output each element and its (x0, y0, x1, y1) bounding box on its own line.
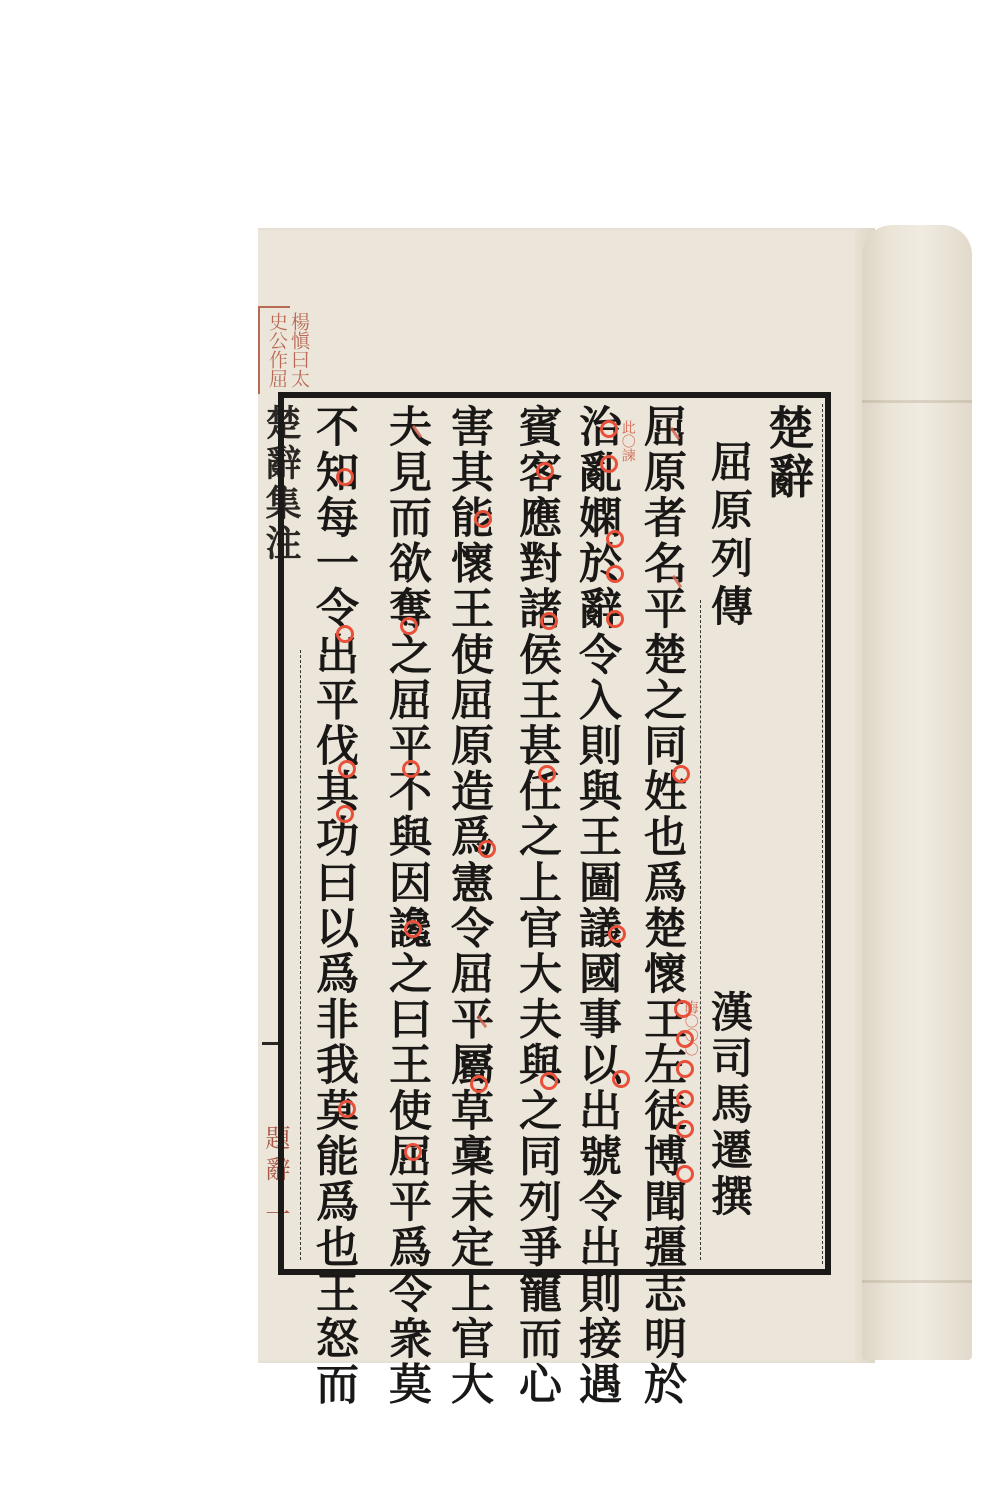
text-column-1: 屈原者名平楚之同姓也爲楚懷王左徒博聞彊志明於 (640, 404, 683, 1407)
punctuation-circle (538, 765, 556, 783)
punctuation-circle (676, 1030, 694, 1048)
book-title: 楚辭 (765, 404, 811, 501)
punctuation-circle (404, 1143, 422, 1161)
punctuation-circle (606, 610, 624, 628)
interlinear-note-col2: 此〇諫 (620, 420, 635, 462)
punctuation-circle (404, 920, 422, 938)
marginal-note-line-1: 楊愼曰太 (288, 312, 308, 388)
punctuation-circle (400, 617, 418, 635)
text-column-6: 不知每一令出平伐其功曰以爲非我莫能爲也王怒而 (312, 404, 355, 1407)
punctuation-circle (672, 765, 690, 783)
text-column-2: 治亂嫻於辭令入則與王圖議國事以出號令出則接遇 (575, 404, 618, 1407)
rolled-page-edge (862, 225, 972, 1360)
punctuation-circle (600, 420, 618, 438)
punctuation-circle (536, 462, 554, 480)
punctuation-circle (338, 760, 356, 778)
column-rule (300, 650, 301, 1260)
text-column-4: 害其能懷王使屈原造爲憲令屈平屬草稾未定上官大 (447, 404, 490, 1407)
roll-band (862, 1280, 972, 1283)
punctuation-circle (676, 1060, 694, 1078)
punctuation-circle (676, 1165, 694, 1183)
punctuation-circle (674, 1000, 692, 1018)
author-line: 漢司馬遷撰 (708, 990, 750, 1220)
punctuation-circle (606, 530, 624, 548)
punctuation-circle (338, 1100, 356, 1118)
punctuation-circle (612, 1070, 630, 1088)
punctuation-circle (336, 468, 354, 486)
text-column-3: 賓客應對諸侯王甚任之上官大夫與之同列爭寵而心 (515, 404, 558, 1407)
roll-band (862, 400, 972, 403)
punctuation-circle (470, 1075, 488, 1093)
punctuation-circle (336, 805, 354, 823)
punctuation-circle (336, 625, 354, 643)
marginal-note-line-2: 史公作屈 (266, 312, 286, 388)
punctuation-circle (540, 1072, 558, 1090)
punctuation-circle (676, 1090, 694, 1108)
column-rule (700, 600, 701, 1260)
punctuation-circle (478, 840, 496, 858)
punctuation-circle (402, 760, 420, 778)
punctuation-circle (606, 565, 624, 583)
punctuation-circle (540, 612, 558, 630)
punctuation-circle (676, 1120, 694, 1138)
punctuation-circle (608, 925, 626, 943)
text-column-5: 夫見而欲奪之屈平不與因讒之曰王使屈平爲令衆莫 (385, 404, 428, 1407)
chapter-title: 屈原列傳 (708, 440, 750, 632)
column-rule (822, 404, 823, 1264)
punctuation-circle (474, 510, 492, 528)
punctuation-circle (600, 455, 618, 473)
